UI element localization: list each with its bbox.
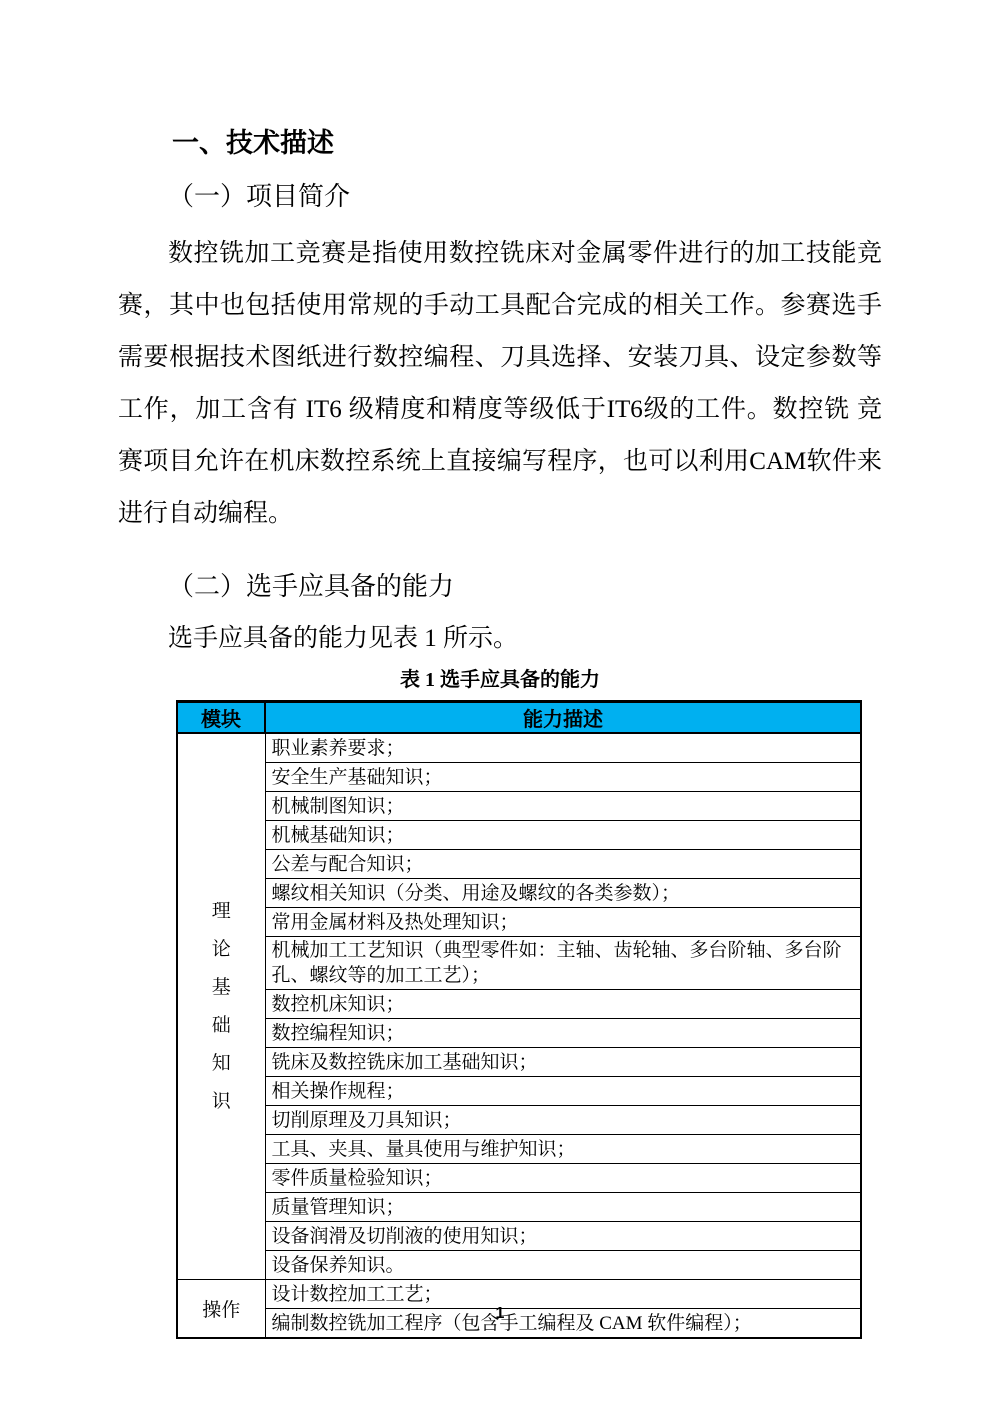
- module-cell: 理 论 基 础 知 识: [177, 733, 265, 1280]
- table-caption: 表 1 选手应具备的能力: [118, 668, 882, 692]
- table-header-ability: 能力描述: [265, 702, 861, 734]
- table-row: 设备润滑及切削液的使用知识；: [177, 1222, 861, 1251]
- table-row: 公差与配合知识；: [177, 850, 861, 879]
- ability-cell: 常用金属材料及热处理知识；: [265, 908, 861, 937]
- table-row: 铣床及数控铣床加工基础知识；: [177, 1048, 861, 1077]
- table-row: 质量管理知识；: [177, 1193, 861, 1222]
- ability-cell: 安全生产基础知识；: [265, 763, 861, 792]
- table-row: 机械基础知识；: [177, 821, 861, 850]
- page-number: 1: [0, 1305, 1000, 1323]
- ability-cell: 相关操作规程；: [265, 1077, 861, 1106]
- ability-cell: 机械加工工艺知识（典型零件如：主轴、齿轮轴、多台阶轴、多台阶孔、螺纹等的加工工艺…: [265, 937, 861, 990]
- document-page: 一、技术描述 （一）项目简介 数控铣加工竞赛是指使用数控铣床对金属零件进行的加工…: [0, 0, 1000, 1414]
- table-row: 机械加工工艺知识（典型零件如：主轴、齿轮轴、多台阶轴、多台阶孔、螺纹等的加工工艺…: [177, 937, 861, 990]
- table-row: 理 论 基 础 知 识职业素养要求；: [177, 733, 861, 763]
- table-row: 安全生产基础知识；: [177, 763, 861, 792]
- subsection-heading-abilities: （二）选手应具备的能力: [168, 572, 882, 602]
- ability-cell: 工具、夹具、量具使用与维护知识；: [265, 1135, 861, 1164]
- table-row: 切削原理及刀具知识；: [177, 1106, 861, 1135]
- table-row: 设备保养知识。: [177, 1251, 861, 1280]
- ability-cell: 数控机床知识；: [265, 990, 861, 1019]
- subsection-heading-intro: （一）项目简介: [168, 182, 882, 212]
- ability-cell: 设备润滑及切削液的使用知识；: [265, 1222, 861, 1251]
- ability-cell: 机械基础知识；: [265, 821, 861, 850]
- abilities-table: 模块 能力描述 理 论 基 础 知 识职业素养要求；安全生产基础知识；机械制图知…: [176, 700, 862, 1339]
- table-row: 数控机床知识；: [177, 990, 861, 1019]
- table-row: 机械制图知识；: [177, 792, 861, 821]
- table-row: 相关操作规程；: [177, 1077, 861, 1106]
- table-row: 工具、夹具、量具使用与维护知识；: [177, 1135, 861, 1164]
- ability-cell: 公差与配合知识；: [265, 850, 861, 879]
- ability-cell: 零件质量检验知识；: [265, 1164, 861, 1193]
- ability-cell: 螺纹相关知识（分类、用途及螺纹的各类参数）；: [265, 879, 861, 908]
- intro-paragraph: 数控铣加工竞赛是指使用数控铣床对金属零件进行的加工技能竞赛，其中也包括使用常规的…: [118, 228, 882, 540]
- ability-cell: 机械制图知识；: [265, 792, 861, 821]
- ability-cell: 铣床及数控铣床加工基础知识；: [265, 1048, 861, 1077]
- section-heading: 一、技术描述: [172, 0, 882, 158]
- ability-cell: 数控编程知识；: [265, 1019, 861, 1048]
- table-intro-paragraph: 选手应具备的能力见表 1 所示。: [118, 624, 882, 654]
- ability-cell: 质量管理知识；: [265, 1193, 861, 1222]
- table-header-row: 模块 能力描述: [177, 702, 861, 734]
- table-row: 常用金属材料及热处理知识；: [177, 908, 861, 937]
- table-header-module: 模块: [177, 702, 265, 734]
- ability-cell: 设备保养知识。: [265, 1251, 861, 1280]
- table-row: 零件质量检验知识；: [177, 1164, 861, 1193]
- table-row: 数控编程知识；: [177, 1019, 861, 1048]
- table-row: 螺纹相关知识（分类、用途及螺纹的各类参数）；: [177, 879, 861, 908]
- ability-cell: 职业素养要求；: [265, 733, 861, 763]
- ability-cell: 切削原理及刀具知识；: [265, 1106, 861, 1135]
